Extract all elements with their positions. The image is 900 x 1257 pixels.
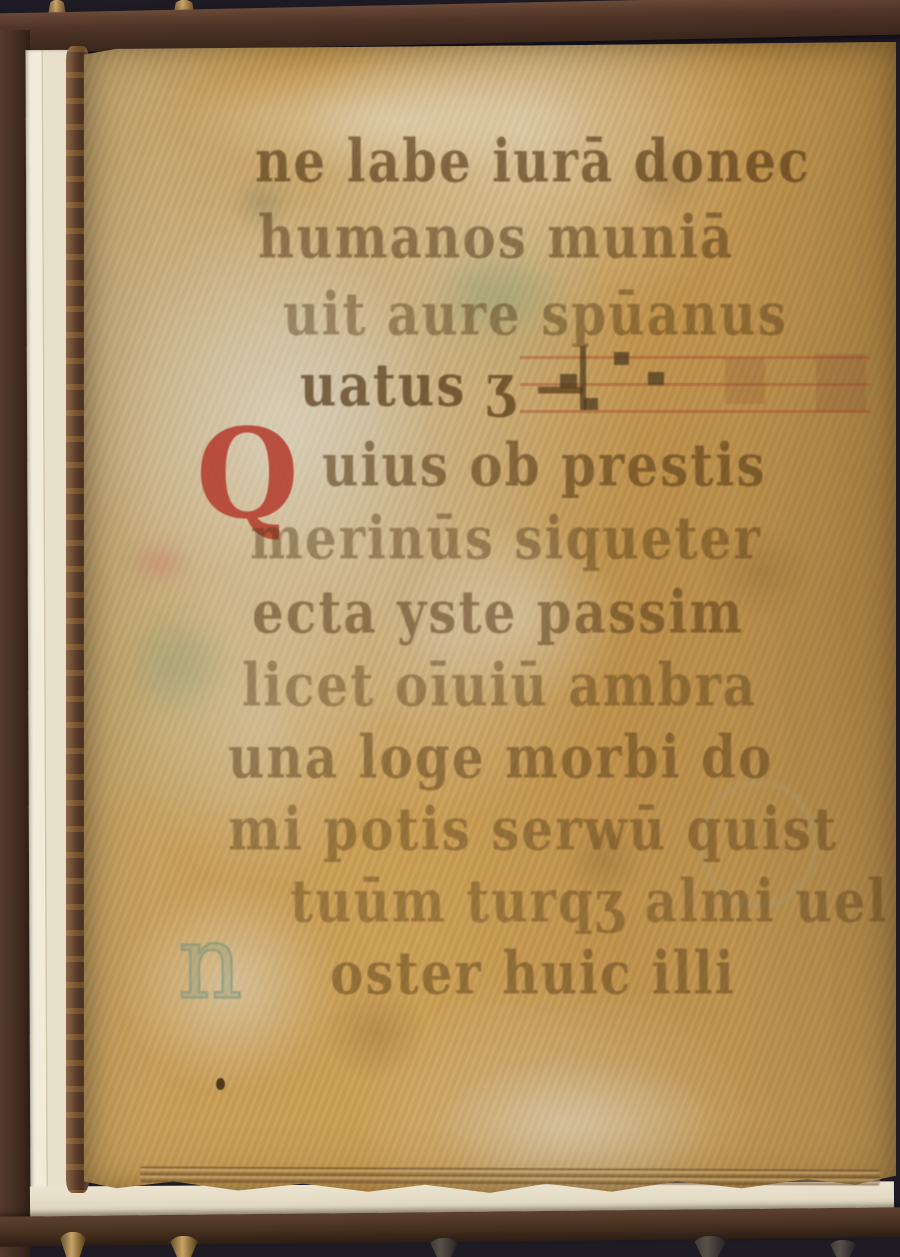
moss-green-tint bbox=[120, 610, 230, 720]
binding-post-icon bbox=[428, 1238, 460, 1257]
ink-speck bbox=[216, 1078, 225, 1090]
binding-post-icon bbox=[828, 1240, 858, 1257]
photo-backdrop: ne labe iurā donec humanos muniā uit aur… bbox=[0, 0, 900, 1257]
neume-note bbox=[725, 358, 765, 404]
text-line: humanos muniā bbox=[258, 202, 734, 272]
leaf-edge-lines bbox=[140, 1166, 880, 1185]
text-line: tuūm turqʒ almi uel bbox=[290, 866, 889, 936]
text-line: merinūs siqueter bbox=[250, 503, 762, 573]
text-line: uatus ʒ — bbox=[300, 350, 588, 420]
binding-post-icon bbox=[692, 1236, 728, 1257]
text-line: una loge morbi do bbox=[228, 722, 773, 792]
text-line: mi potis serwū quist bbox=[228, 794, 838, 864]
text-line: ecta yste passim bbox=[252, 577, 744, 647]
green-initial-n: n bbox=[178, 912, 242, 1014]
binding-post-icon bbox=[58, 1232, 88, 1257]
text-line: ne labe iurā donec bbox=[255, 126, 811, 196]
text-line: uit aure spūanus bbox=[283, 279, 788, 349]
text-line: uius ob prestis bbox=[322, 430, 766, 500]
neume-note bbox=[816, 354, 866, 412]
neume-note bbox=[648, 372, 664, 385]
binding-post-icon bbox=[168, 1236, 200, 1257]
text-line: licet oīuiū ambra bbox=[242, 650, 757, 720]
neume-note bbox=[614, 352, 629, 365]
text-line: oster huic illi bbox=[330, 938, 736, 1008]
pink-smudge bbox=[125, 540, 195, 585]
